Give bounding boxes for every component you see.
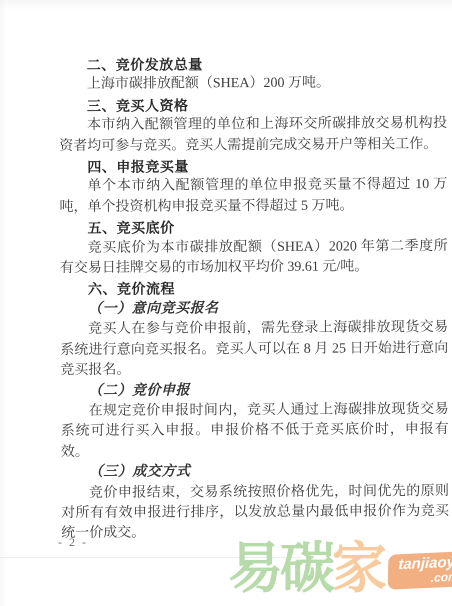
paragraph-floor-price: 竞买底价为本市碳排放配额（SHEA）2020 年第二季度所有交易日挂牌交易的市场… — [60, 237, 448, 280]
paragraph-registration: 竞买人在参与竞价申报前，需先登录上海碳排放现货交易系统进行意向竞买报名。竞买人可… — [60, 318, 448, 381]
scanned-document-page: 二、竞价发放总量 上海市碳排放配额（SHEA）200 万吨。 三、竞买人资格 本… — [0, 0, 452, 606]
paragraph-bid-quantity: 单个本市纳入配额管理的单位申报竞买量不得超过 10 万吨，单个投资机构申报竞买量… — [59, 175, 447, 218]
section-heading-4: 四、申报竞买量 — [59, 155, 447, 177]
section-heading-6: 六、竞价流程 — [60, 277, 448, 299]
logo-char-tan-icon: 碳 — [280, 538, 332, 598]
scan-edge-left — [0, 0, 8, 606]
paragraph-total-volume: 上海市碳排放配额（SHEA）200 万吨。 — [59, 73, 447, 95]
section-heading-5: 五、竞买底价 — [60, 216, 448, 238]
subheading-registration: （一）意向竞买报名 — [60, 298, 448, 320]
logo-char-yi-icon: 易 — [228, 538, 280, 598]
section-heading-2: 二、竞价发放总量 — [59, 53, 447, 75]
scan-edge-top — [0, 0, 452, 12]
tanjiaoyi-watermark-logo: 易 碳 家 tanjiaoyi .com — [228, 538, 452, 598]
paragraph-buyer-eligibility: 本市纳入配额管理的单位和上海环交所碳排放交易机构投资者均可参与竞买。竞买人需提前… — [59, 114, 447, 157]
page-number: - 2 - — [58, 535, 88, 550]
tanjiaoyi-com-badge: tanjiaoyi .com — [388, 551, 452, 589]
section-heading-3: 三、竞买人资格 — [59, 94, 447, 116]
logo-char-jia-icon: 家 — [332, 538, 384, 598]
document-body: 二、竞价发放总量 上海市碳排放配额（SHEA）200 万吨。 三、竞买人资格 本… — [59, 53, 450, 545]
paragraph-bid-declaration: 在规定竞价申报时间内，竞买人通过上海碳排放现货交易系统可进行买入申报。申报价格不… — [61, 400, 449, 463]
subheading-bid-declaration: （二）竞价申报 — [60, 379, 448, 401]
subheading-deal-method: （三）成交方式 — [61, 461, 449, 483]
